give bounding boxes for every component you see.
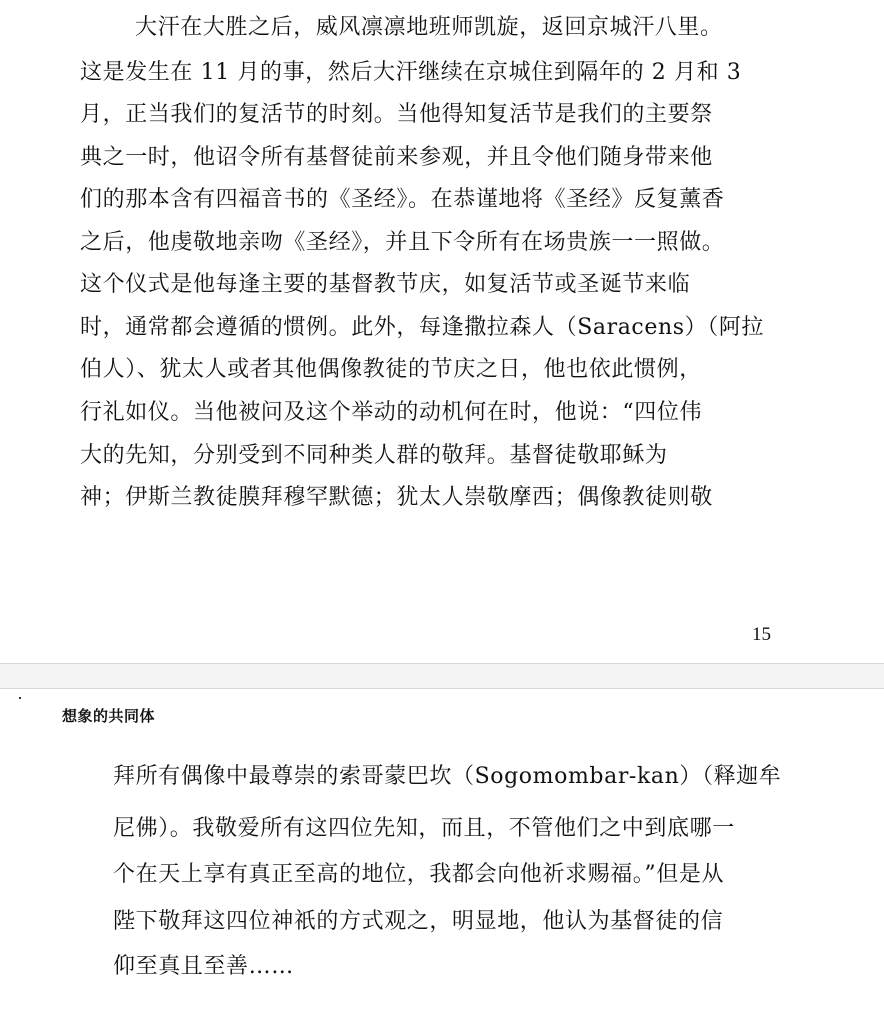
text-line: 仰至真且至善…… — [113, 952, 813, 982]
document-page-15: 大汗在大胜之后，威风凛凛地班师凯旋，返回京城汗八里。 这是发生在 11 月的事，… — [0, 0, 884, 663]
text-line: 这个仪式是他每逢主要的基督教节庆，如复活节或圣诞节来临 — [80, 270, 780, 300]
text-line: 之后，他虔敬地亲吻《圣经》，并且下令所有在场贵族一一照做。 — [80, 228, 780, 258]
text-line: 大汗在大胜之后，威风凛凛地班师凯旋，返回京城汗八里。 — [135, 13, 835, 43]
page-separator — [0, 663, 884, 689]
scan-speck — [19, 697, 21, 699]
document-page-16: 想象的共同体 拜所有偶像中最尊崇的索哥蒙巴坎（Sogomombar-kan）（释… — [0, 689, 884, 1024]
text-line: 个在天上享有真正至高的地位，我都会向他祈求赐福。”但是从 — [113, 860, 813, 890]
page-number: 15 — [752, 624, 771, 646]
text-line: 行礼如仪。当他被问及这个举动的动机何在时，他说：“四位伟 — [80, 398, 780, 428]
text-line: 典之一时，他诏令所有基督徒前来参观，并且令他们随身带来他 — [80, 143, 780, 173]
running-head: 想象的共同体 — [62, 705, 155, 726]
text-line: 神；伊斯兰教徒膜拜穆罕默德；犹太人崇敬摩西；偶像教徒则敬 — [80, 483, 780, 513]
text-line: 大的先知，分别受到不同种类人群的敬拜。基督徒敬耶稣为 — [80, 441, 780, 471]
text-line: 伯人）、犹太人或者其他偶像教徒的节庆之日，他也依此惯例， — [80, 355, 780, 385]
text-line: 这是发生在 11 月的事，然后大汗继续在京城住到隔年的 2 月和 3 — [80, 58, 780, 88]
text-line: 陛下敬拜这四位神祇的方式观之，明显地，他认为基督徒的信 — [113, 907, 813, 937]
text-line: 尼佛）。我敬爱所有这四位先知，而且，不管他们之中到底哪一 — [113, 814, 813, 844]
text-line: 月，正当我们的复活节的时刻。当他得知复活节是我们的主要祭 — [80, 100, 780, 130]
text-line: 时，通常都会遵循的惯例。此外，每逢撒拉森人（Saracens）（阿拉 — [80, 313, 780, 343]
text-line: 们的那本含有四福音书的《圣经》。在恭谨地将《圣经》反复薰香 — [80, 185, 780, 215]
text-line: 拜所有偶像中最尊崇的索哥蒙巴坎（Sogomombar-kan）（释迦牟 — [113, 762, 813, 792]
